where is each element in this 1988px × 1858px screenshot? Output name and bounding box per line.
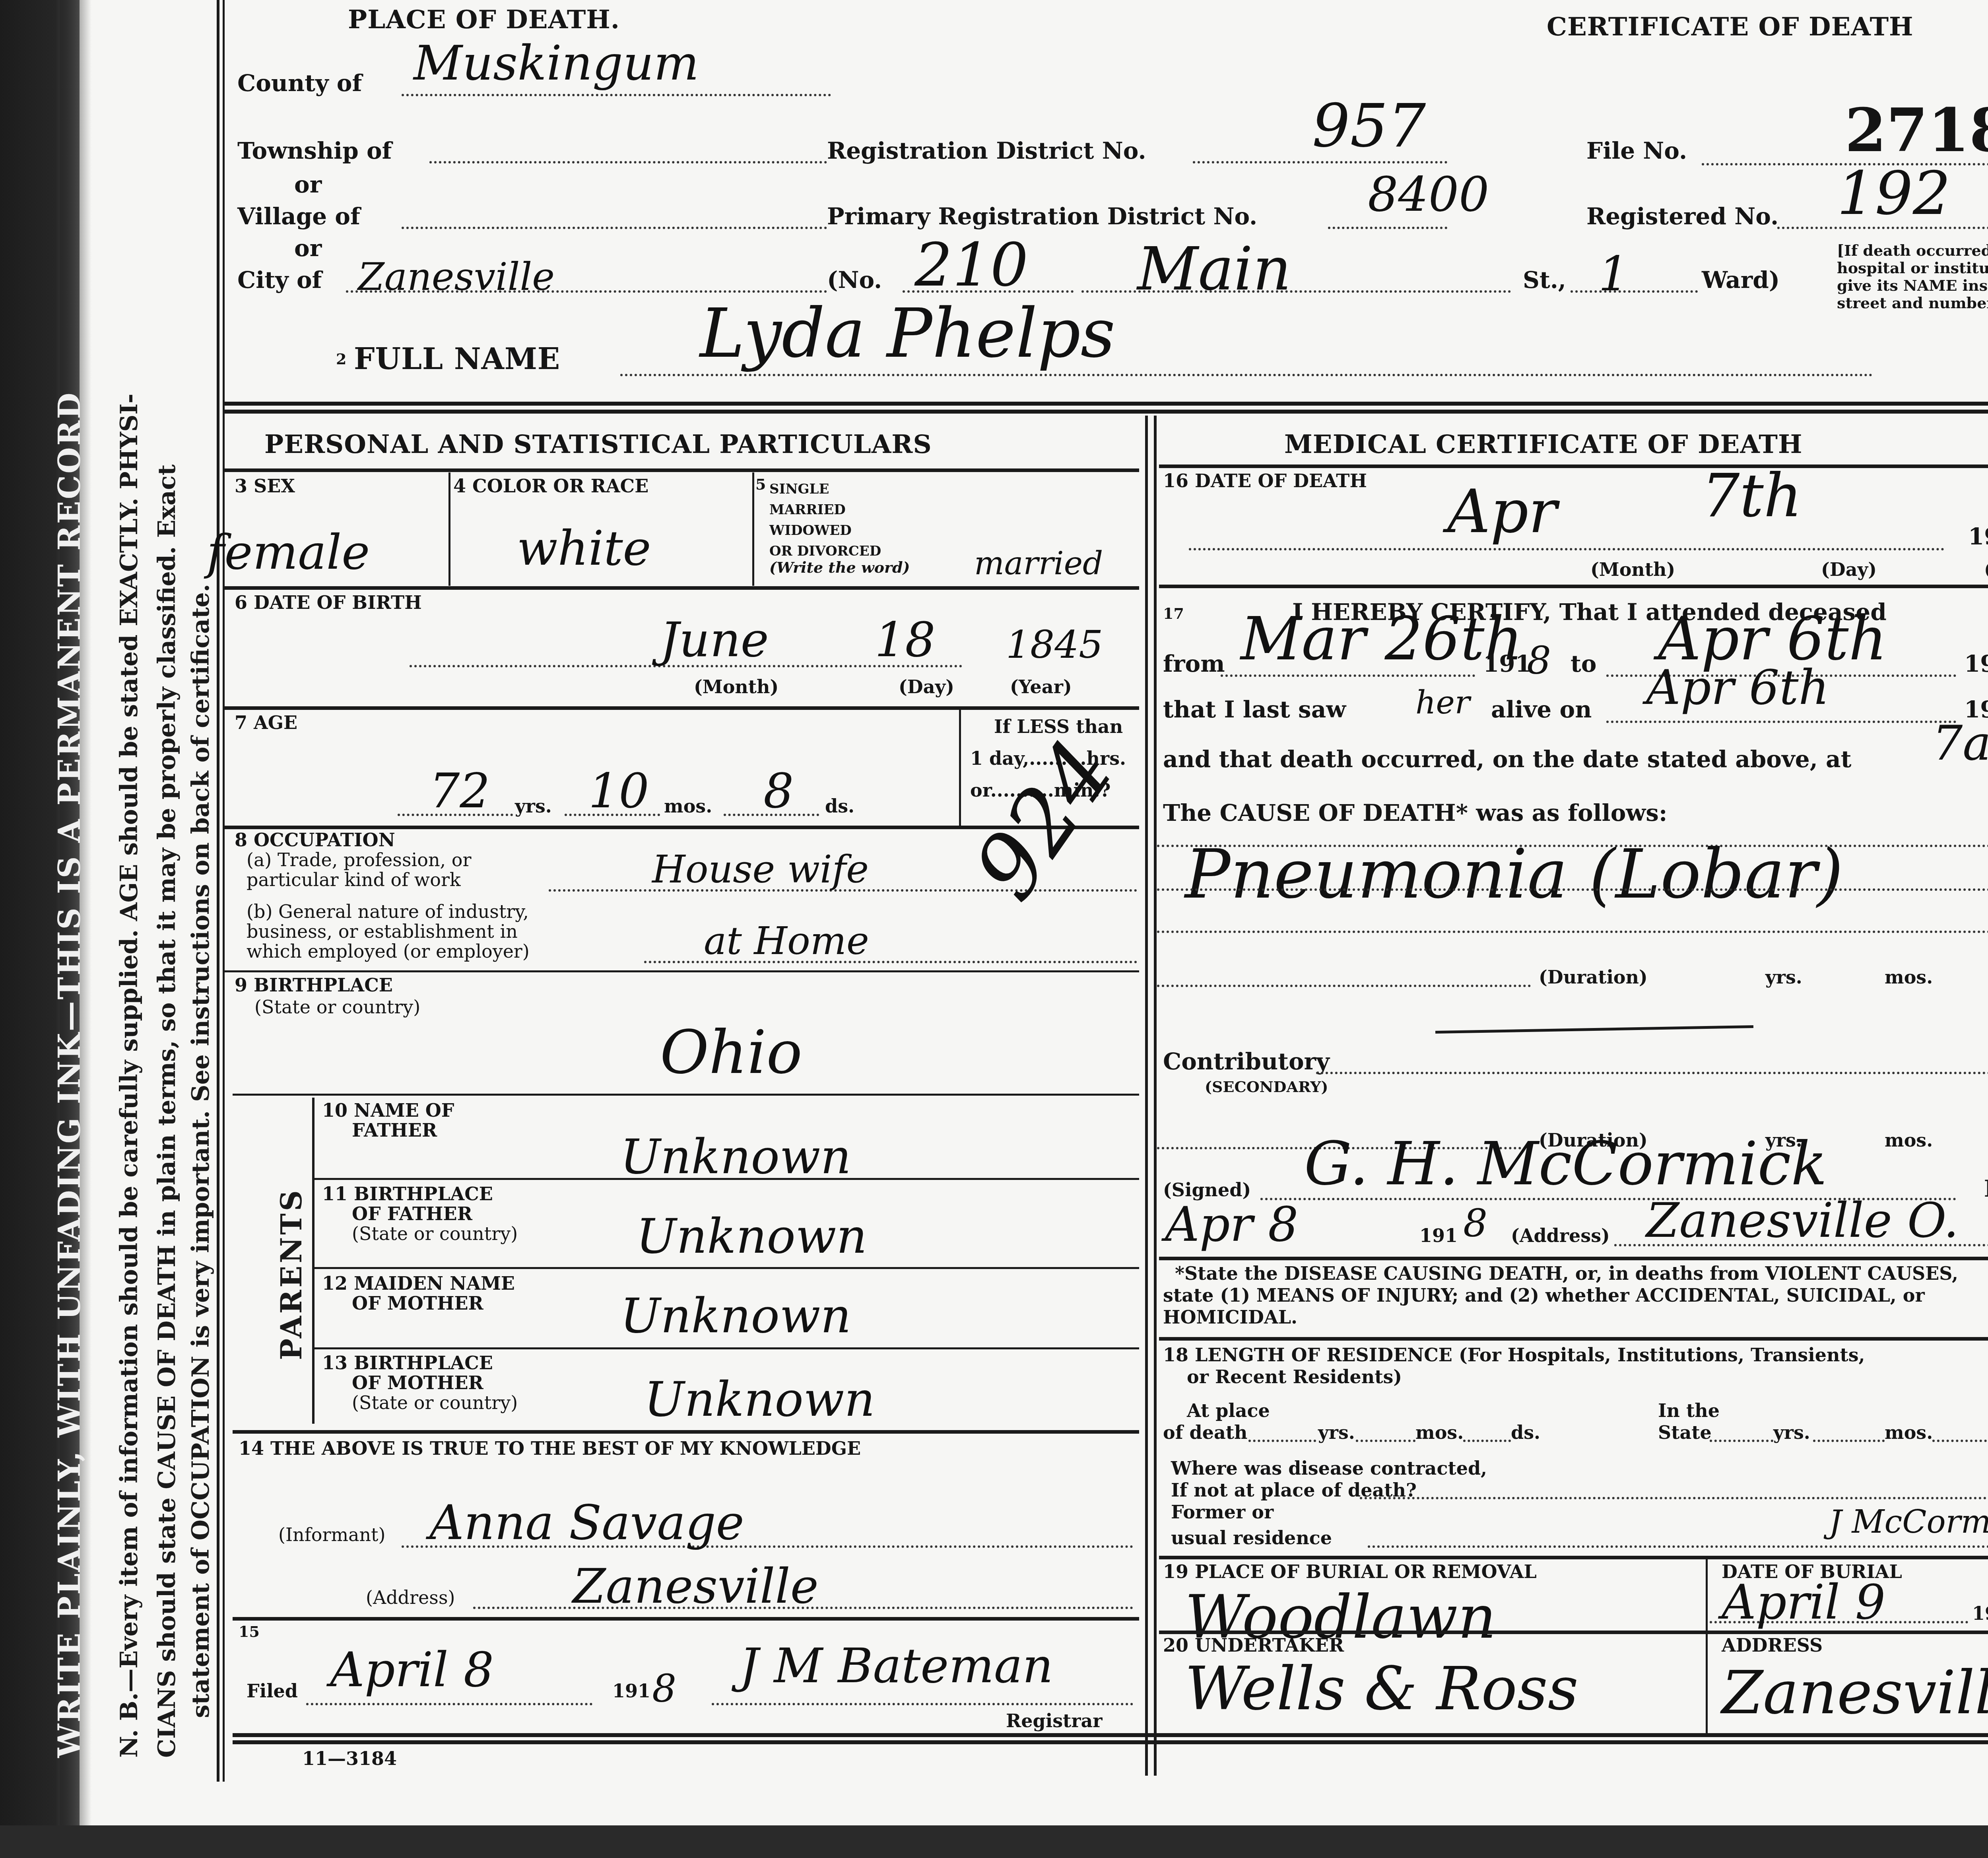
age-less-divider [959,706,961,826]
duration-mos-2: mos. [1885,1129,1933,1151]
parents-label: PARENTS [274,1188,308,1360]
or-label-2: or [294,235,322,262]
cause-label: The CAUSE OF DEATH* was as follows: [1163,799,1667,826]
birthplace-sublabel: (State or country) [254,996,420,1018]
mother-name-label-2: OF MOTHER [352,1292,483,1314]
informant-label: (Informant) [278,1524,386,1545]
column-divider-2 [1154,416,1157,1776]
registrar-label: Registrar [1006,1710,1103,1732]
former-label-2: usual residence [1171,1527,1332,1549]
margin-note-line4: statement of OCCUPATION is very importan… [187,584,215,1718]
undertaker-value[interactable]: Wells & Ross [1185,1654,1578,1724]
birthplace-label: 9 BIRTHPLACE [235,974,393,996]
physician-address-label: (Address) [1511,1225,1610,1246]
sex-race-divider [448,472,450,586]
bottom-scan-edge [0,1825,1988,1858]
occupation-a-value[interactable]: House wife [652,847,869,892]
informant-address-label: (Address) [366,1587,455,1608]
birthplace-value[interactable]: Ohio [660,1018,802,1087]
dod-day-caption: (Day) [1821,559,1877,580]
duration-line-1 [1157,985,1531,987]
left-border-rule-2 [223,0,225,1782]
reg-district-line [1193,161,1447,163]
filed-number: 15 [239,1623,260,1640]
undertaker-label: 20 UNDERTAKER [1163,1634,1344,1656]
margin-note-ink: WRITE PLAINLY, WITH UNFADING INK—THIS IS… [52,391,87,1758]
reg-district-value[interactable]: 957 [1312,91,1426,161]
at-place-mos-line [1356,1440,1415,1442]
file-no-value: 27181 [1845,95,1988,165]
registered-no-value[interactable]: 192 [1837,159,1951,228]
informant-bottom-rule [233,1617,1139,1621]
ward-line [1571,290,1698,293]
registrar-line [712,1703,1133,1705]
duration-yrs-1: yrs. [1765,966,1802,988]
ward-value[interactable]: 1 [1598,247,1629,302]
footnote-line2: state (1) MEANS OF INJURY; and (2) wheth… [1163,1285,1925,1306]
contracted-label-1: Where was disease contracted, [1171,1458,1487,1479]
in-state-label-2: State [1658,1422,1712,1443]
village-label: Village of [237,203,360,230]
parents-divider [312,1098,315,1424]
burial-label: 19 PLACE OF BURIAL OR REMOVAL [1163,1561,1537,1582]
burial-year-prefix: 191 [1972,1603,1988,1624]
duration-stroke [1435,1025,1753,1034]
alive-on-value[interactable]: Apr 6th [1646,660,1829,715]
former-line [1368,1545,1988,1548]
undertaker-address-value[interactable]: Zanesville [1722,1658,1988,1728]
primary-reg-label: Primary Registration District No. [827,203,1257,230]
column-divider-1 [1145,416,1148,1776]
st-label: St., [1523,266,1566,293]
header-double-rule-2 [225,410,1988,414]
race-value[interactable]: white [517,521,651,576]
to-label: to [1571,650,1596,677]
at-place-ds: ds. [1511,1422,1540,1443]
in-state-yrs-line [1710,1440,1773,1442]
father-bp-label-3: (State or country) [352,1223,518,1244]
age-months-unit: mos. [664,795,712,817]
physician-address-value[interactable]: Zanesville O. [1646,1193,1959,1248]
informant-value[interactable]: Anna Savage [429,1495,744,1551]
parents-bottom-rule [233,1430,1139,1434]
city-label: City of [237,266,322,293]
race-marital-divider [752,472,754,586]
burial-divider [1706,1556,1708,1735]
mother-name-label-1: 12 MAIDEN NAME [322,1273,515,1294]
age-days-value[interactable]: 8 [763,764,794,819]
cause-line-2 [1157,888,1988,891]
full-name-number: 2 [336,350,346,368]
full-name-label: FULL NAME [354,342,560,376]
in-state-mos: mos. [1885,1422,1933,1443]
footnote-line3: HOMICIDAL. [1163,1306,1297,1328]
filed-line [306,1703,592,1705]
burial-date-value[interactable]: April 9 [1722,1575,1885,1630]
alive-on-label: alive on [1491,696,1592,723]
dod-line [1189,548,1944,550]
marital-hint: (Write the word) [769,558,910,576]
birthplace-row-rule [233,1094,1139,1096]
mother-bp-label-1: 13 BIRTHPLACE [322,1352,493,1374]
residence-bottom-rule [1159,1556,1988,1559]
footnote-line1: *State the DISEASE CAUSING DEATH, or, in… [1175,1263,1958,1284]
dod-month[interactable]: Apr [1447,477,1557,546]
father-bp-label-2: OF FATHER [352,1203,472,1224]
sex-value[interactable]: female [207,525,370,580]
marital-option-widowed: WIDOWED [769,523,852,538]
dob-year-caption: (Year) [1010,676,1072,698]
duration-mos-1: mos. [1885,966,1933,988]
from-value[interactable]: Mar 26th [1241,604,1523,674]
signed-year-suffix[interactable]: 8 [1463,1201,1487,1246]
age-years-value[interactable]: 72 [429,764,490,819]
dod-label: 16 DATE OF DEATH [1163,470,1367,492]
dod-year-caption: (Year) [1984,559,1988,580]
at-place-label-1: At place [1187,1400,1270,1421]
hospital-note: [If death occurred in a hospital or inst… [1837,242,1988,312]
dob-label: 6 DATE OF BIRTH [235,592,422,613]
father-name-value[interactable]: Unknown [620,1129,851,1185]
age-months-value[interactable]: 10 [588,764,649,819]
mother-bp-label-2: OF MOTHER [352,1372,483,1393]
primary-reg-value[interactable]: 8400 [1368,167,1489,222]
father-name-label-2: FATHER [352,1119,437,1141]
primary-reg-line [1328,227,1447,229]
filed-year-suffix[interactable]: 8 [652,1666,676,1711]
occupation-b-line1: (b) General nature of industry, [247,901,529,922]
from-year-prefix: 191 [1483,650,1531,677]
burial-bottom-rule [1159,1631,1988,1634]
dob-day[interactable]: 18 [875,612,936,668]
knowledge-label: 14 THE ABOVE IS TRUE TO THE BEST OF MY K… [239,1438,861,1459]
age-days-unit: ds. [825,795,854,817]
in-state-ds-line [1932,1440,1988,1442]
secondary-label: (SECONDARY) [1205,1078,1328,1096]
bottom-double-rule-2 [233,1740,1988,1744]
personal-section-title: PERSONAL AND STATISTICAL PARTICULARS [264,430,932,459]
registrar-signature[interactable]: J M Bateman [740,1638,1053,1694]
mother-name-rule [314,1347,1139,1349]
at-place-ds-line [1463,1440,1511,1442]
township-line [429,161,827,163]
marital-option-single: SINGLE [769,481,829,497]
ward-label: Ward) [1702,266,1780,293]
at-place-yrs-line [1248,1440,1316,1442]
residence-label-2: or Recent Residents) [1187,1366,1402,1388]
dod-row-rule [1159,585,1988,588]
personal-title-rule [225,468,1139,472]
occupation-b-line2: business, or establishment in [247,921,518,942]
filed-date[interactable]: April 8 [330,1642,494,1698]
footnote-bottom-rule [1159,1337,1988,1341]
father-name-label-1: 10 NAME OF [322,1100,454,1121]
in-state-mos-line [1813,1440,1885,1442]
medical-section-title: MEDICAL CERTIFICATE OF DEATH [1284,430,1802,459]
contributory-label: Contributory [1163,1048,1330,1075]
occupation-a-line2: particular kind of work [247,869,461,890]
medical-title-rule [1159,464,1988,468]
filed-label: Filed [247,1680,298,1702]
at-place-yrs: yrs. [1318,1422,1355,1443]
header-double-rule-1 [225,402,1988,406]
file-no-label: File No. [1586,137,1687,164]
dod-year-prefix: 191 [1968,523,1988,550]
place-of-death-heading: PLACE OF DEATH. [348,5,620,35]
at-place-label-2: of death [1163,1422,1247,1443]
sex-label: 3 SEX [235,475,295,497]
father-bp-value[interactable]: Unknown [636,1209,867,1264]
cause-line-3 [1157,931,1988,933]
dob-month-caption: (Month) [694,676,779,698]
last-saw-label: that I last saw [1163,696,1346,723]
street-number-value[interactable]: 210 [914,231,1028,300]
full-name-line [620,374,1873,376]
in-state-label-1: In the [1658,1400,1720,1421]
at-place-mos: mos. [1415,1422,1464,1443]
county-value[interactable]: Muskingum [414,36,699,91]
age-label: 7 AGE [235,712,297,733]
dod-month-caption: (Month) [1590,559,1675,580]
former-label-1: Former or [1171,1501,1274,1523]
last-saw-pronoun[interactable]: her [1415,684,1470,721]
sex-row-rule [225,586,1139,590]
from-line [1221,674,1475,677]
dob-month[interactable]: June [660,612,769,668]
dob-row-rule [225,706,1139,710]
mother-bp-label-3: (State or country) [352,1392,518,1413]
city-value[interactable]: Zanesville [358,255,555,299]
registered-no-label: Registered No. [1586,203,1778,230]
filed-year-prefix: 191 [612,1680,650,1702]
village-line [402,227,827,229]
death-time[interactable]: 7a [1932,716,1988,771]
signed-year-prefix: 191 [1419,1225,1458,1246]
margin-note-line2: N. B.—Every item of information should b… [115,394,143,1758]
full-name-value[interactable]: Lyda Phelps [700,294,1115,373]
occupation-b-line3: which employed (or employer) [247,941,530,962]
dob-year[interactable]: 1845 [1006,622,1103,667]
mother-name-value[interactable]: Unknown [620,1289,851,1344]
occupation-label: 8 OCCUPATION [235,829,395,851]
undertaker-address-label: ADDRESS [1722,1634,1823,1656]
marital-option-divorced: OR DIVORCED [769,543,881,559]
bottom-double-rule-1 [233,1733,1988,1737]
cause-value[interactable]: Pneumonia (Lobar) [1185,835,1843,914]
death-occurred-label: and that death occurred, on the date sta… [1163,746,1851,773]
dod-day[interactable]: 7th [1702,461,1802,531]
margin-note-line3: CIANS should state CAUSE OF DEATH in pla… [153,464,181,1758]
from-label: from [1163,650,1225,677]
signed-date[interactable]: Apr 8 [1165,1197,1298,1252]
certificate-title: CERTIFICATE OF DEATH [1547,12,1914,42]
street-name-value[interactable]: Main [1137,235,1291,304]
township-label: Township of [237,137,392,164]
to-year-prefix: 191 [1964,650,1988,677]
contributory-line [1316,1072,1988,1074]
age-years-unit: yrs. [515,795,552,817]
father-bp-label-1: 11 BIRTHPLACE [322,1183,493,1205]
dob-day-caption: (Day) [899,676,954,698]
left-border-rule-1 [217,0,219,1782]
signed-bottom-rule [1159,1257,1988,1260]
marital-value[interactable]: married [974,545,1103,582]
residence-label: 18 LENGTH OF RESIDENCE (For Hospitals, I… [1163,1344,1865,1366]
occupation-b-value[interactable]: at Home [704,919,869,963]
marital-option-married: MARRIED [769,502,846,518]
occupation-row-rule [225,970,1139,972]
from-year-suffix[interactable]: 8 [1527,638,1551,683]
county-label: County of [237,70,362,97]
duration-label-1: (Duration) [1539,966,1648,988]
mother-bp-value[interactable]: Unknown [644,1372,875,1427]
father-name-rule [314,1178,1139,1180]
alive-on-line [1606,721,1956,723]
or-label-1: or [294,171,322,198]
father-bp-rule [314,1267,1139,1269]
marital-number: 5 [755,475,766,493]
in-state-yrs: yrs. [1773,1422,1810,1443]
county-line [402,94,831,96]
certify-number: 17 [1163,604,1184,622]
contracted-line [1360,1497,1988,1499]
occupation-a-line1: (a) Trade, profession, or [247,849,472,871]
street-no-label: (No. [827,266,882,293]
race-label: 4 COLOR OR RACE [453,475,648,497]
informant-address-value[interactable]: Zanesville [573,1559,819,1614]
reg-district-label: Registration District No. [827,137,1146,164]
former-signature[interactable]: J McCormick [1829,1503,1988,1540]
form-number: 11—3184 [302,1748,397,1769]
physician-signature[interactable]: G. H. McCormick [1304,1129,1827,1199]
md-label: M. D. [1984,1175,1988,1202]
